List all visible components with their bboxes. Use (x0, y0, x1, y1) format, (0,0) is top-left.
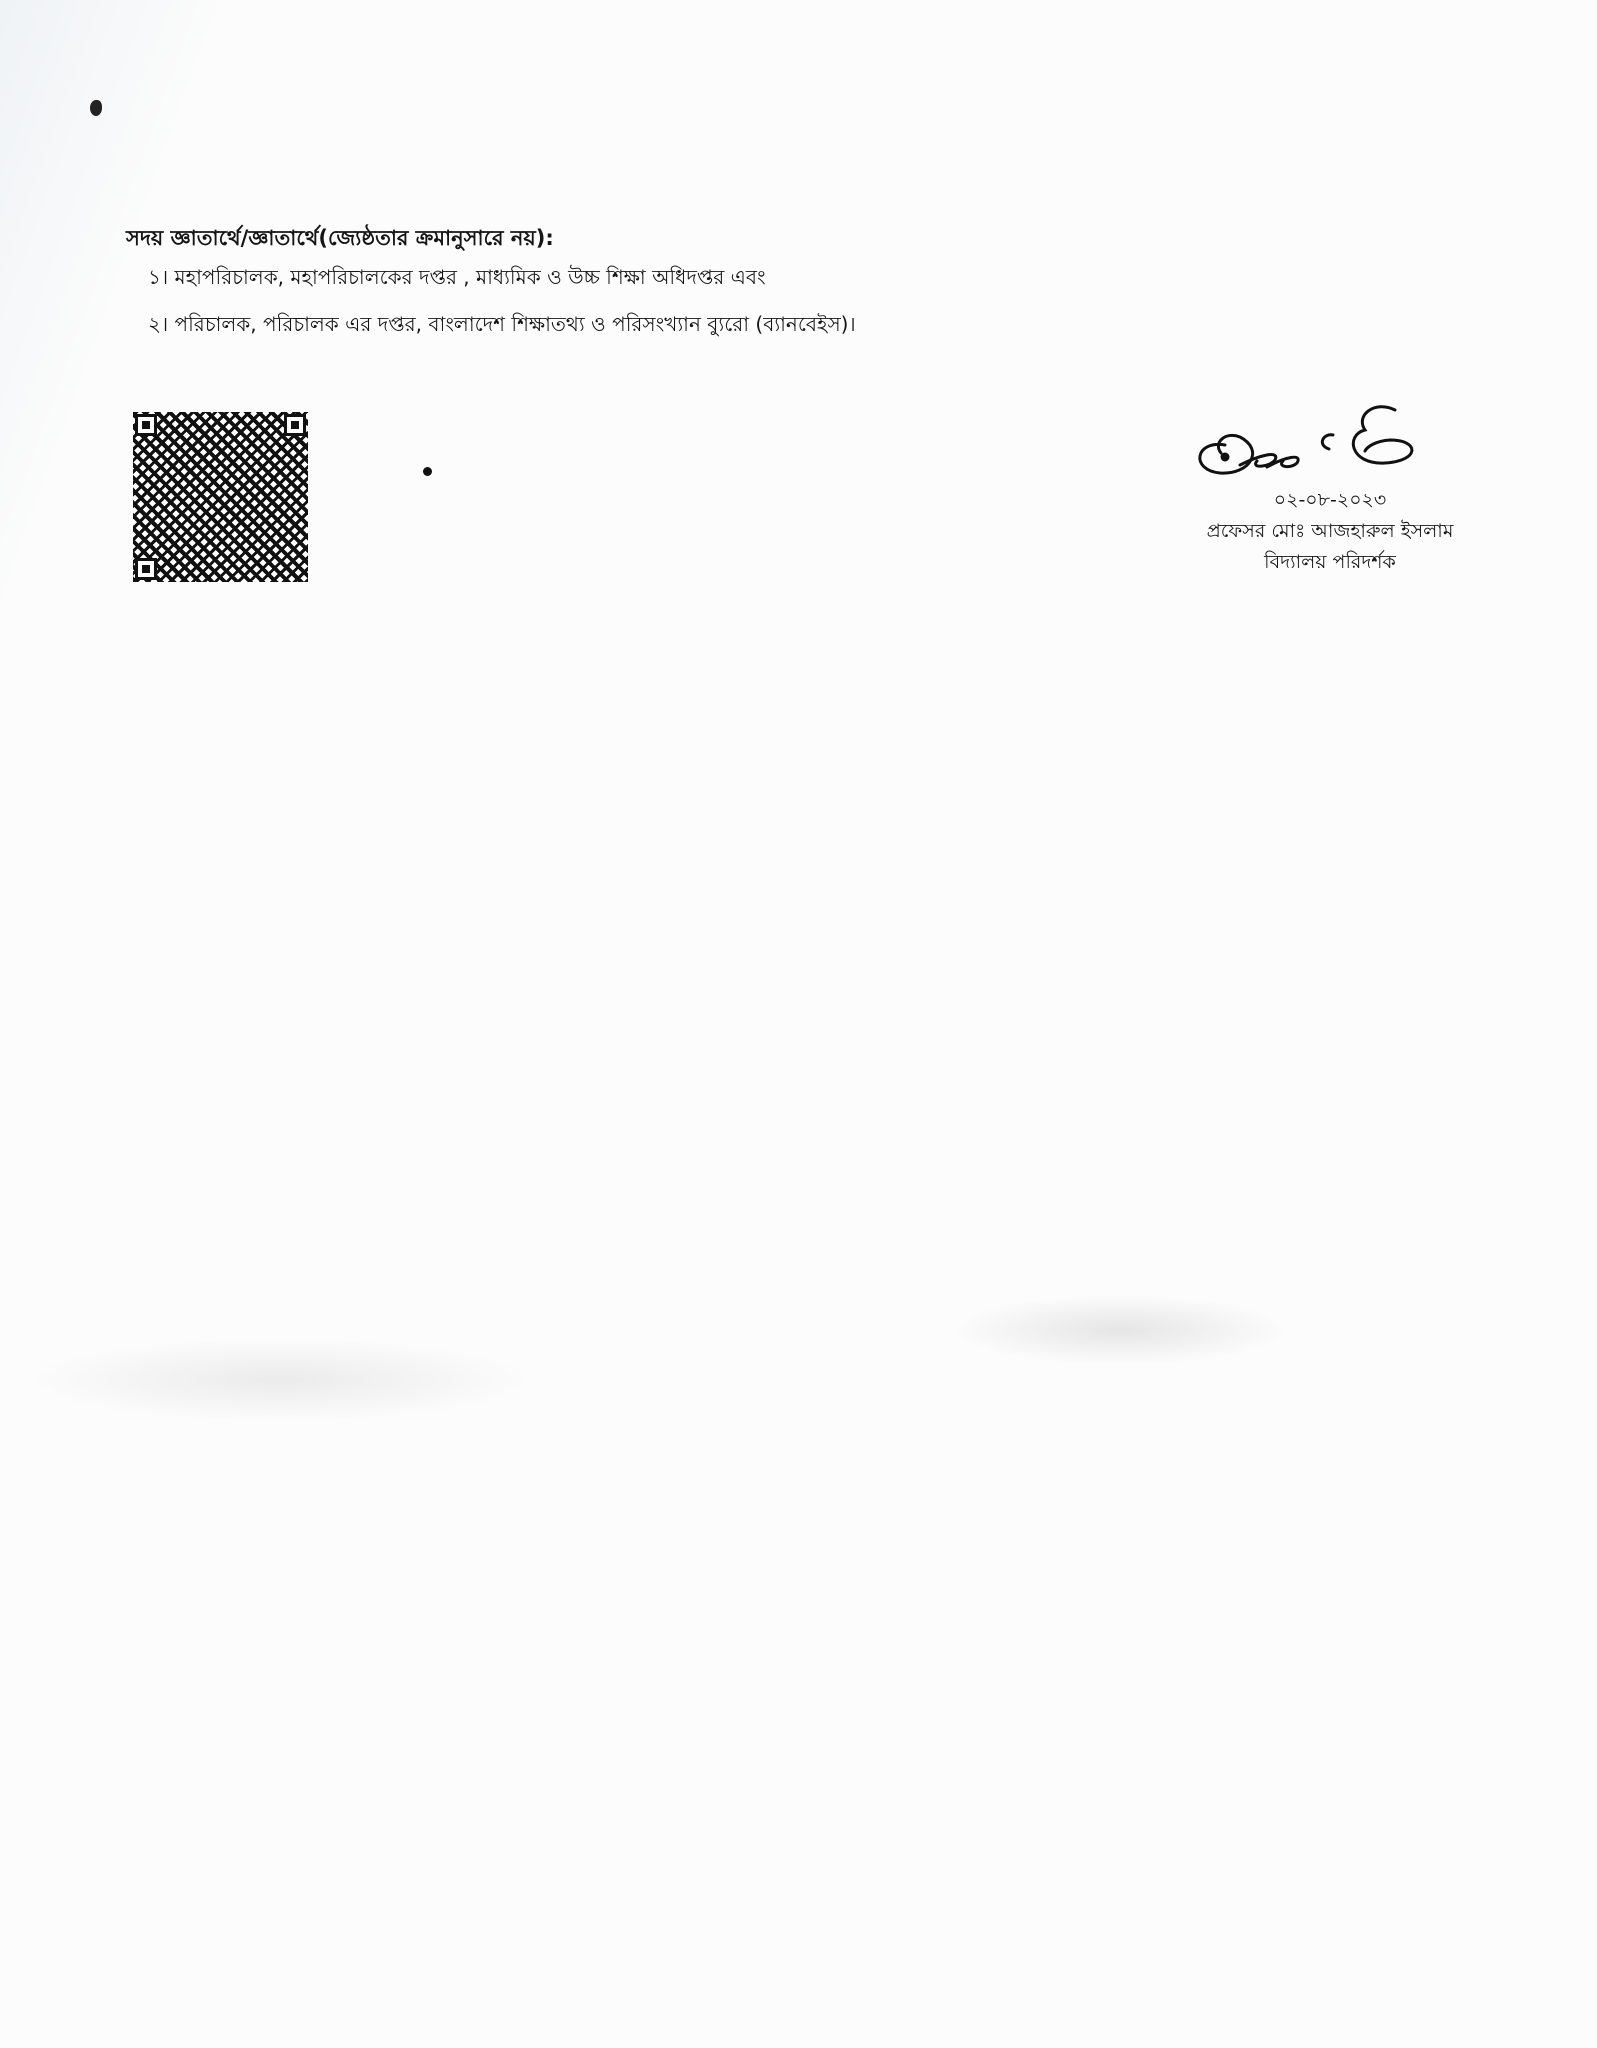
page-corner-mark (90, 100, 102, 116)
paper-background (0, 0, 1597, 2048)
signatory-designation: বিদ্যালয় পরিদর্শক (1160, 547, 1500, 578)
qr-finder-bottom-left (135, 558, 157, 580)
recipient-item-1: ১। মহাপরিচালক, মহাপরিচালকের দপ্তর , মাধ্… (148, 263, 766, 296)
signature-icon (1185, 395, 1435, 485)
qr-finder-top-right (284, 414, 306, 436)
cc-heading: সদয় জ্ঞাতার্থে/জ্ঞাতার্থে(জ্যেষ্ঠতার ক্… (126, 222, 554, 257)
qr-finder-top-left (135, 414, 157, 436)
signatory-name: প্রফেসর মোঃ আজহারুল ইসলাম (1160, 516, 1500, 547)
sign-date: ০২-০৮-২০২৩ (1160, 485, 1500, 516)
recipient-item-2: ২। পরিচালক, পরিচালক এর দপ্তর, বাংলাদেশ শ… (148, 310, 856, 343)
ink-dot (423, 467, 432, 476)
signatory-block: ০২-০৮-২০২৩ প্রফেসর মোঃ আজহারুল ইসলাম বিদ… (1160, 485, 1500, 578)
qr-code-icon (133, 412, 308, 582)
